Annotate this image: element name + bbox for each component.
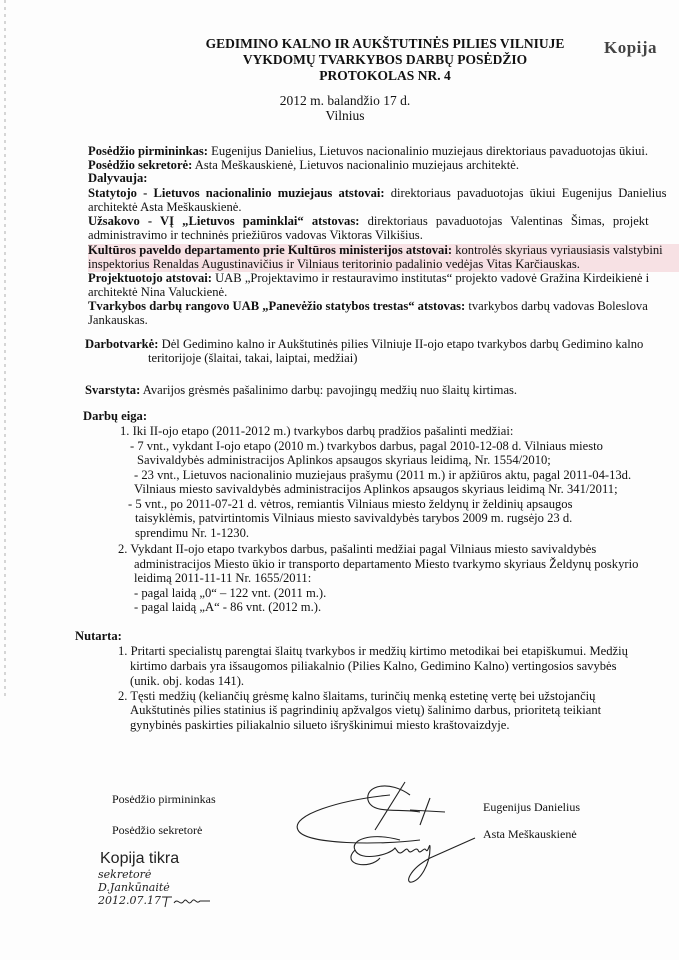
title-line: GEDIMINO KALNO IR AUKŠTUTINĖS PILIES VIL…: [200, 36, 570, 52]
date-place: 2012 m. balandžio 17 d. Vilnius: [260, 93, 430, 123]
designer-text: UAB „Projektavimo ir restauravimo instit…: [212, 271, 649, 285]
progress-item: leidimą 2011-11-11 Nr. 1655/2011:: [134, 571, 311, 586]
attending-line: Dalyvauja:: [88, 172, 679, 186]
heritage-line-2: inspektorius Renaldas Augustinavičius ir…: [88, 258, 679, 272]
chair-role: Posėdžio pirmininkas: [112, 792, 216, 807]
meeting-place: Vilnius: [260, 108, 430, 123]
attending-label: Dalyvauja:: [88, 171, 147, 185]
decided-item: 1. Pritarti specialistų parengtai šlaitų…: [118, 644, 628, 659]
builder-text: direktoriaus pavaduotojas ūkiui Eugeniju…: [385, 186, 667, 200]
client-text: direktoriaus pavaduotojas Valentinas Šim…: [359, 214, 648, 228]
chair-text: Eugenijus Danielius, Lietuvos nacionalin…: [208, 144, 648, 158]
copy-stamp: Kopija: [604, 38, 657, 58]
meeting-date: 2012 m. balandžio 17 d.: [260, 93, 430, 108]
heritage-line: Kultūros paveldo departamento prie Kultū…: [88, 244, 679, 258]
progress-label-text: Darbų eiga:: [83, 409, 147, 423]
contractor-label: Tvarkybos darbų rangovo UAB „Panevėžio s…: [88, 299, 465, 313]
client-label: Užsakovo - VĮ „Lietuvos paminklai“ atsto…: [88, 214, 359, 228]
progress-item: - 7 vnt., vykdant I-ojo etapo (2010 m.) …: [130, 439, 603, 454]
progress-item: Savivaldybės administracijos Aplinkos ap…: [137, 453, 551, 468]
considered-line: Svarstyta: Avarijos grėsmės pašalinimo d…: [85, 384, 679, 398]
decided-item: gynybinės paskirties piliakalnio silueto…: [130, 718, 510, 733]
progress-item: - pagal laidą „A“ - 86 vnt. (2012 m.).: [134, 600, 321, 615]
contractor-line-2: Jankauskas.: [88, 314, 679, 328]
secretary-line: Posėdžio sekretorė: Asta Meškauskienė, L…: [88, 159, 679, 173]
progress-item: - 23 vnt., Lietuvos nacionalinio muzieja…: [134, 468, 631, 483]
document-page: GEDIMINO KALNO IR AUKŠTUTINĖS PILIES VIL…: [0, 0, 679, 960]
chair-line: Posėdžio pirmininkas: Eugenijus Danieliu…: [88, 145, 679, 159]
title-line: PROTOKOLAS NR. 4: [200, 68, 570, 84]
decided-label-text: Nutarta:: [75, 629, 122, 643]
decided-item: (unik. obj. kodas 141).: [130, 674, 244, 689]
scan-edge-artifact: [4, 0, 6, 700]
progress-item: 1. Iki II-ojo etapo (2011-2012 m.) tvark…: [120, 424, 513, 439]
client-line-2: administravimo ir techninės priežiūros v…: [88, 229, 679, 243]
decided-item: kirtimo darbais yra išsaugomos piliakaln…: [130, 659, 617, 674]
handwritten-signature: [280, 770, 480, 900]
handwritten-initials: [160, 893, 215, 909]
progress-item: administracijos Miesto ūkio ir transport…: [134, 557, 638, 572]
contractor-line: Tvarkybos darbų rangovo UAB „Panevėžio s…: [88, 300, 679, 314]
progress-label: Darbų eiga:: [83, 410, 679, 424]
agenda-line: Darbotvarkė: Dėl Gedimino kalno ir Aukšt…: [85, 338, 679, 352]
decided-label: Nutarta:: [75, 630, 675, 644]
designer-line-2: architektė Nina Valuckienė.: [88, 286, 679, 300]
progress-item: Vilniaus miesto savivaldybės administrac…: [134, 482, 618, 497]
client-line: Užsakovo - VĮ „Lietuvos paminklai“ atsto…: [88, 215, 679, 229]
agenda-label: Darbotvarkė:: [85, 337, 158, 351]
considered-text: Avarijos grėsmės pašalinimo darbų: pavoj…: [140, 383, 517, 397]
heritage-text: kontrolės skyriaus vyriausiasis valstybi…: [452, 243, 663, 257]
chair-label: Posėdžio pirmininkas:: [88, 144, 208, 158]
builder-label: Statytojo - Lietuvos nacionalinio muziej…: [88, 186, 385, 200]
progress-item: - pagal laidą „0“ – 122 vnt. (2011 m.).: [134, 586, 326, 601]
builder-line: Statytojo - Lietuvos nacionalinio muziej…: [88, 187, 679, 201]
secretary-role: Posėdžio sekretorė: [112, 823, 202, 838]
decided-item: Aukštutinės pilies statinius iš pagrindi…: [130, 703, 601, 718]
considered-label: Svarstyta:: [85, 383, 140, 397]
chair-name: Eugenijus Danielius: [483, 800, 580, 815]
progress-item: - 5 vnt., po 2011-07-21 d. vėtros, remia…: [128, 497, 573, 512]
title-line: VYKDOMŲ TVARKYBOS DARBŲ POSĖDŽIO: [200, 52, 570, 68]
agenda-line-2: teritorijoje (šlaitai, takai, laiptai, m…: [148, 352, 679, 366]
secretary-text: Asta Meškauskienė, Lietuvos nacionalinio…: [192, 158, 519, 172]
progress-item: 2. Vykdant II-ojo etapo tvarkybos darbus…: [118, 542, 596, 557]
secretary-name: Asta Meškauskienė: [483, 827, 577, 842]
builder-line-2: architektė Asta Meškauskienė.: [88, 201, 679, 215]
certified-copy-stamp: Kopija tikra: [100, 850, 179, 868]
secretary-label: Posėdžio sekretorė:: [88, 158, 192, 172]
handwritten-date: 2012.07.17: [98, 894, 161, 907]
designer-line: Projektuotojo atstovai: UAB „Projektavim…: [88, 272, 679, 286]
agenda-text: Dėl Gedimino kalno ir Aukštutinės pilies…: [162, 337, 644, 351]
document-title: GEDIMINO KALNO IR AUKŠTUTINĖS PILIES VIL…: [200, 36, 570, 84]
contractor-text: tvarkybos darbų vadovas Boleslova: [465, 299, 648, 313]
designer-label: Projektuotojo atstovai:: [88, 271, 212, 285]
progress-item: sprendimu Nr. 1-1230.: [135, 526, 249, 541]
decided-item: 2. Tęsti medžių (keliančių grėsmę kalno …: [118, 689, 595, 704]
heritage-label: Kultūros paveldo departamento prie Kultū…: [88, 243, 452, 257]
progress-item: taisyklėmis, patvirtintomis Vilniaus mie…: [135, 511, 572, 526]
handwritten-note: sekretorė: [98, 868, 151, 881]
